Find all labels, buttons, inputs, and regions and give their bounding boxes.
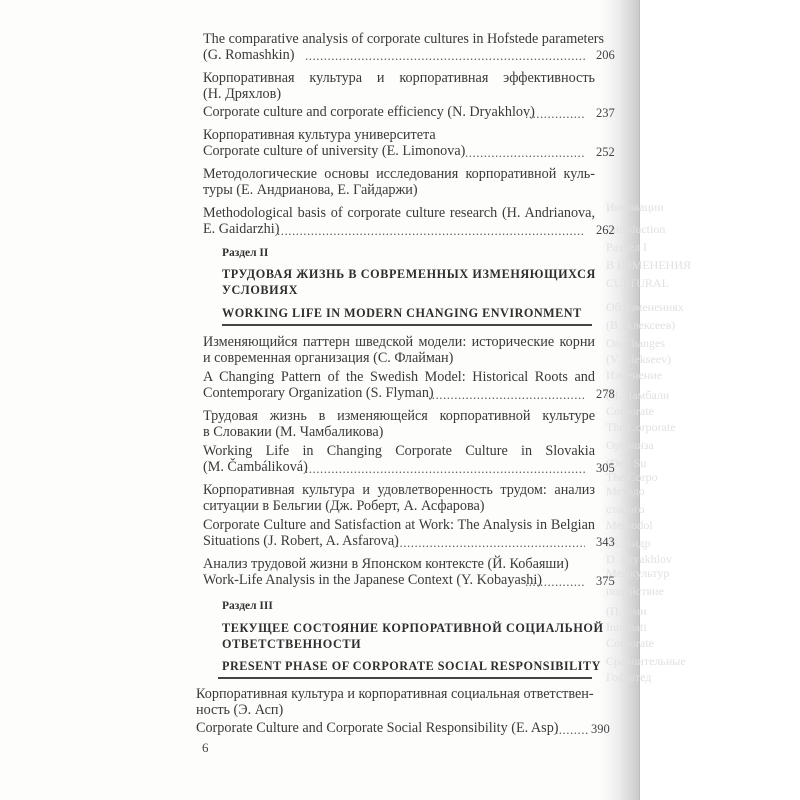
toc-entry-line: Corporate culture of university (E. Limo… xyxy=(203,143,465,159)
bleed-through-line: Межкультур xyxy=(606,566,669,581)
toc-entry-line: ситуации в Бельгии (Дж. Роберт, А. Асфар… xyxy=(203,498,485,514)
section-title-ru: УСЛОВИЯХ xyxy=(222,282,298,298)
toc-entry-line: The comparative analysis of corporate cu… xyxy=(203,31,595,47)
bleed-through-line: Corporate xyxy=(606,636,654,651)
leader-dots: ........................................… xyxy=(525,574,585,590)
toc-page-number: 237 xyxy=(596,106,615,121)
section-title-ru: ТЕКУЩЕЕ СОСТОЯНИЕ КОРПОРАТИВНОЙ СОЦИАЛЬН… xyxy=(222,620,604,636)
bleed-through-line: On Changes xyxy=(606,336,665,351)
section-rule xyxy=(218,677,592,679)
bleed-through-line: Гофштед xyxy=(606,670,651,685)
bleed-through-line: D. Dryakhlov xyxy=(606,552,672,567)
toc-page-number: 390 xyxy=(591,722,610,737)
toc-entry-line: Методологические основы исследования кор… xyxy=(203,166,595,182)
toc-entry-line: Анализ трудовой жизни в Японском контекс… xyxy=(203,556,569,572)
toc-page-number: 305 xyxy=(596,461,615,476)
bleed-through-line: Методо xyxy=(606,484,645,499)
toc-entry-line: A Changing Pattern of the Swedish Model:… xyxy=(203,369,595,385)
toc-page-number: 343 xyxy=(596,535,615,550)
toc-entry-line: Трудовая жизнь в изменяющейся корпоратив… xyxy=(203,408,595,424)
toc-page-number: 278 xyxy=(596,387,615,402)
bleed-through-line: Internati xyxy=(606,620,647,635)
bleed-through-line: The Corporate xyxy=(606,420,676,435)
leader-dots: ........................................… xyxy=(305,461,585,477)
toc-entry-line: Корпоративная культура и корпоративная э… xyxy=(203,70,595,86)
toc-entry-line: Corporate culture and corporate efficien… xyxy=(203,104,535,120)
toc-entry-line: ность (Э. Асп) xyxy=(196,702,283,718)
toc-entry-line: Corporate Culture and Satisfaction at Wo… xyxy=(203,517,595,533)
bleed-through-line: Corporate xyxy=(606,404,654,419)
leader-dots: ........................................… xyxy=(277,223,585,239)
toc-page-number: 252 xyxy=(596,145,615,160)
section-label: Раздел III xyxy=(222,600,273,612)
bleed-through-line: В ИЗМЕНЕНИЯ xyxy=(606,258,691,273)
leader-dots: ........................................… xyxy=(392,535,585,551)
toc-entry-line: Корпоративная культура и корпоративная с… xyxy=(196,686,586,702)
toc-entry-line: и современная организация (С. Флайман) xyxy=(203,350,453,366)
toc-entry-line: Корпоративная культура университета xyxy=(203,127,436,143)
toc-entry-line: туры (Е. Андрианова, Е. Гайдаржи) xyxy=(203,182,418,198)
toc-entry-line: E. Gaidarzhi) xyxy=(203,221,279,237)
bleed-through-line: CULTURAL xyxy=(606,276,669,291)
section-title-ru: ОТВЕТСТВЕННОСТИ xyxy=(222,636,361,652)
bleed-through-line: (П. Чамбали xyxy=(606,388,669,403)
bleed-through-line: Сравнительные xyxy=(606,654,686,669)
section-rule xyxy=(222,324,592,326)
toc-entry-line: (G. Romashkin) xyxy=(203,47,294,63)
toc-entry-line: (M. Čambáliková) xyxy=(203,459,308,475)
bleed-through-line: Об изменениях xyxy=(606,300,684,315)
toc-page-number: 262 xyxy=(596,223,615,238)
toc-entry-line: Corporate Culture and Corporate Social R… xyxy=(196,720,559,736)
bleed-through-line: Introduction xyxy=(606,222,665,237)
bleed-through-line: Инновации xyxy=(606,200,664,215)
section-title-en: PRESENT PHASE OF CORPORATE SOCIAL RESPON… xyxy=(222,659,601,674)
bleed-through-line: (V. Alekseev) xyxy=(606,352,671,367)
toc-page-number: 375 xyxy=(596,574,615,589)
leader-dots: ........................................… xyxy=(428,387,585,403)
section-title-ru: ТРУДОВАЯ ЖИЗНЬ В СОВРЕМЕННЫХ ИЗМЕНЯЮЩИХС… xyxy=(222,266,596,282)
bleed-through-line: Изменение xyxy=(606,368,662,383)
section-label: Раздел II xyxy=(222,247,268,259)
toc-entry-line: Изменяющийся паттерн шведской модели: ис… xyxy=(203,334,595,350)
toc-entry-line: Methodological basis of corporate cultur… xyxy=(203,205,595,221)
toc-entry-line: Contemporary Organization (S. Flyman) xyxy=(203,385,434,401)
toc-entry-line: Working Life in Changing Corporate Cultu… xyxy=(203,443,595,459)
bleed-through-line: старого xyxy=(606,502,645,517)
bleed-through-line: Methodol xyxy=(606,518,653,533)
toc-entry-line: в Словакии (М. Чамбаликова) xyxy=(203,424,383,440)
bleed-through-line: Организа xyxy=(606,438,654,453)
toc-entry-line: (Н. Дряхлов) xyxy=(203,86,281,102)
leader-dots: ........................................… xyxy=(465,145,585,161)
leader-dots: ........................................… xyxy=(305,48,585,64)
toc-entry-line: Situations (J. Robert, A. Asfarova) xyxy=(203,533,399,549)
toc-page-number: 206 xyxy=(596,48,615,63)
bleed-through-line: Раздел I xyxy=(606,240,647,255)
leader-dots: ........................................… xyxy=(525,106,585,122)
bleed-through-line: (В. Алексеев) xyxy=(606,318,675,333)
leader-dots: ........................................… xyxy=(555,722,588,738)
page-number: 6 xyxy=(202,740,209,756)
toc-entry-line: Work-Life Analysis in the Japanese Conte… xyxy=(203,572,542,588)
toc-entry-line: Корпоративная культура и удовлетвореннос… xyxy=(203,482,595,498)
section-title-en: WORKING LIFE IN MODERN CHANGING ENVIRONM… xyxy=(222,306,582,321)
bleed-through-line: (П. Сми xyxy=(606,604,647,619)
